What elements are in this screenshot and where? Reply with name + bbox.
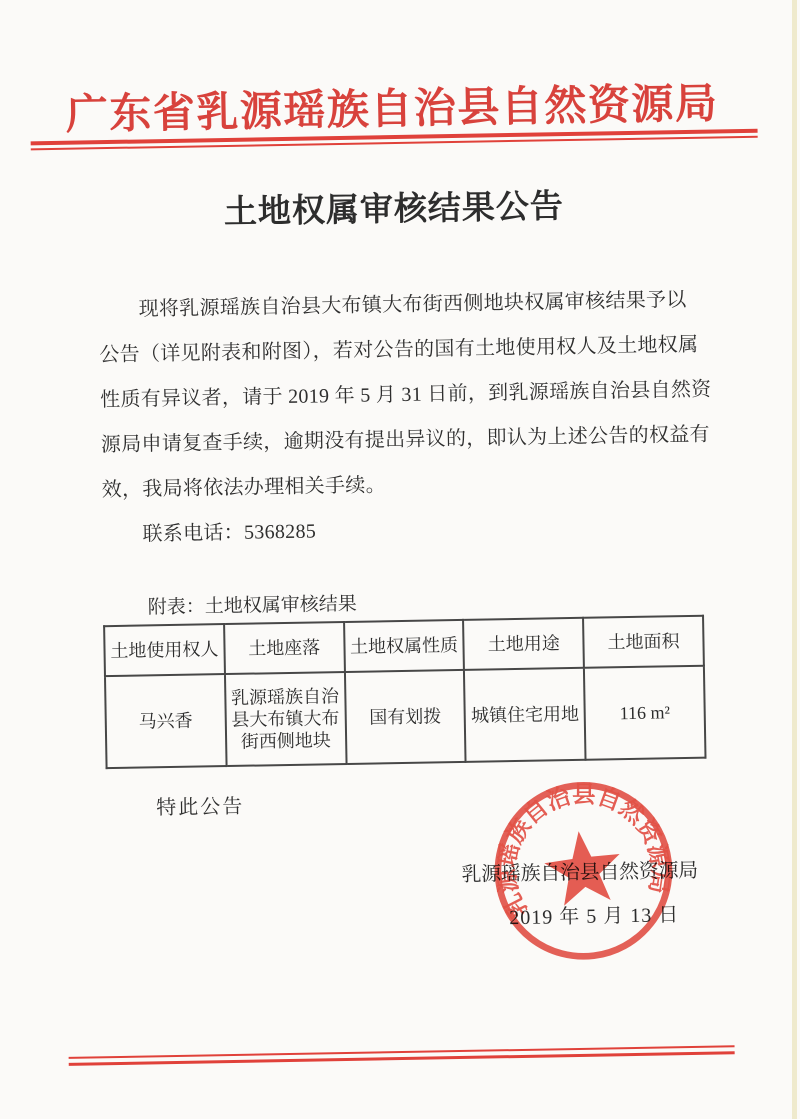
col-header-nature: 土地权属性质: [344, 620, 465, 672]
col-header-use: 土地用途: [463, 618, 584, 670]
seal-star-icon: [541, 827, 625, 908]
footer-thick-line: [69, 1051, 735, 1066]
cell-use: 城镇住宅用地: [464, 668, 585, 762]
scanned-official-document: { "header": { "org_title": "广东省乳源瑶族自治县自然…: [0, 0, 800, 1119]
table-caption: 附表：土地权属审核结果: [148, 589, 357, 620]
closing-text: 特此公告: [156, 790, 244, 821]
cell-area: 116 m²: [584, 666, 705, 760]
cell-nature: 国有划拨: [345, 670, 466, 764]
paper-edge-shadow: [792, 0, 797, 1119]
contact-line: 联系电话：5368285: [102, 502, 723, 558]
scan-tilt-wrapper: 广东省乳源瑶族自治县自然资源局 土地权属审核结果公告 现将乳源瑶族自治县大布镇大…: [0, 0, 800, 1119]
document-page: 广东省乳源瑶族自治县自然资源局 土地权属审核结果公告 现将乳源瑶族自治县大布镇大…: [0, 0, 800, 1119]
cell-location: 乳源瑶族自治县大布镇大布街西侧地块: [225, 672, 346, 766]
official-seal: 乳源瑶族自治县自然资源局: [478, 765, 690, 977]
body-paragraph: 现将乳源瑶族自治县大布镇大布街西侧地块权属审核结果予以 公告（详见附表和附图），…: [98, 277, 723, 558]
col-header-owner: 土地使用权人: [104, 624, 225, 676]
doc-title: 土地权属审核结果公告: [0, 176, 794, 237]
col-header-location: 土地座落: [224, 622, 345, 674]
cell-owner: 马兴香: [105, 674, 226, 768]
col-header-area: 土地面积: [583, 616, 704, 668]
table-row: 马兴香 乳源瑶族自治县大布镇大布街西侧地块 国有划拨 城镇住宅用地 116 m²: [105, 666, 706, 768]
footer-separator: [69, 1045, 735, 1066]
land-review-table: 土地使用权人 土地座落 土地权属性质 土地用途 土地面积 马兴香 乳源瑶族自治县…: [103, 615, 706, 769]
